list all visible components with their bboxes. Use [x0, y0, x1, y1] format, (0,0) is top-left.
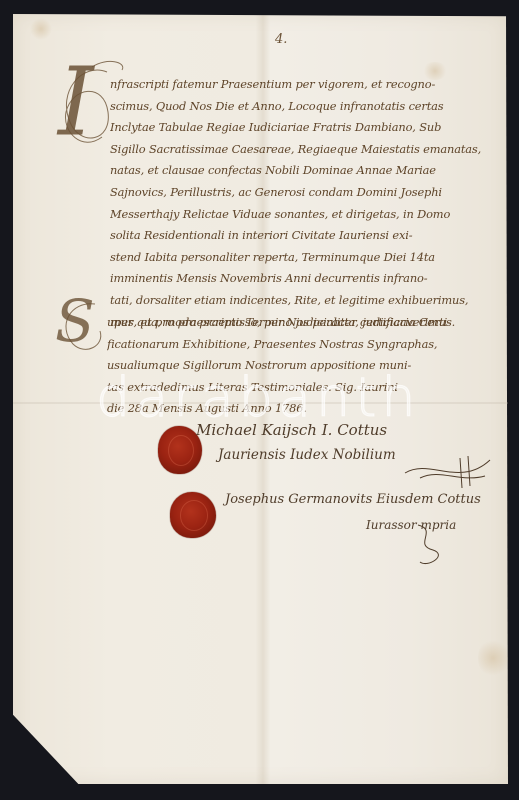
- text-line: natas, et clausae confectas Nobili Domin…: [110, 160, 505, 182]
- text-line: Inclytae Tabulae Regiae Iudiciariae Frat…: [110, 117, 505, 139]
- text-line: tati, dorsaliter etiam indicentes, Rite,…: [110, 290, 505, 312]
- page-number: 4.: [275, 32, 287, 47]
- signature-line: Jauriensis Iudex Nobilium: [218, 447, 396, 463]
- paragraph-1: nfrascripti fatemur Praesentium per vigo…: [110, 74, 505, 333]
- paper-stain: [478, 638, 508, 678]
- text-line: Sigillo Sacratissimae Caesareae, Regiaeq…: [110, 139, 505, 161]
- signature-flourish-icon: [408, 520, 448, 570]
- text-line: solita Residentionali in interiori Civit…: [110, 225, 505, 247]
- text-line: uper qua, modo praemisso, per Nos peract…: [107, 312, 502, 334]
- signature-line: Michael Kaijsch I. Cottus: [196, 421, 387, 439]
- text-line: ficationarum Exhibitione, Praesentes Nos…: [107, 334, 502, 356]
- paper-stain: [30, 18, 52, 40]
- text-line: Sajnovics, Perillustris, ac Generosi con…: [110, 182, 505, 204]
- drop-cap-initial: I: [58, 56, 94, 151]
- text-line: nfrascripti fatemur Praesentium per vigo…: [110, 74, 505, 96]
- signature-flourish-icon: [400, 448, 500, 498]
- watermark: darabanth: [96, 366, 421, 429]
- text-line: imminentis Mensis Novembris Anni decurre…: [110, 268, 505, 290]
- text-line: scimus, Quod Nos Die et Anno, Locoque in…: [110, 96, 505, 118]
- wax-seal: [170, 492, 216, 538]
- drop-cap-initial: S: [55, 292, 95, 350]
- text-line: stend Iabita personaliter reperta, Termi…: [110, 247, 505, 269]
- text-line: Messerthajy Relictae Viduae sonantes, et…: [110, 204, 505, 226]
